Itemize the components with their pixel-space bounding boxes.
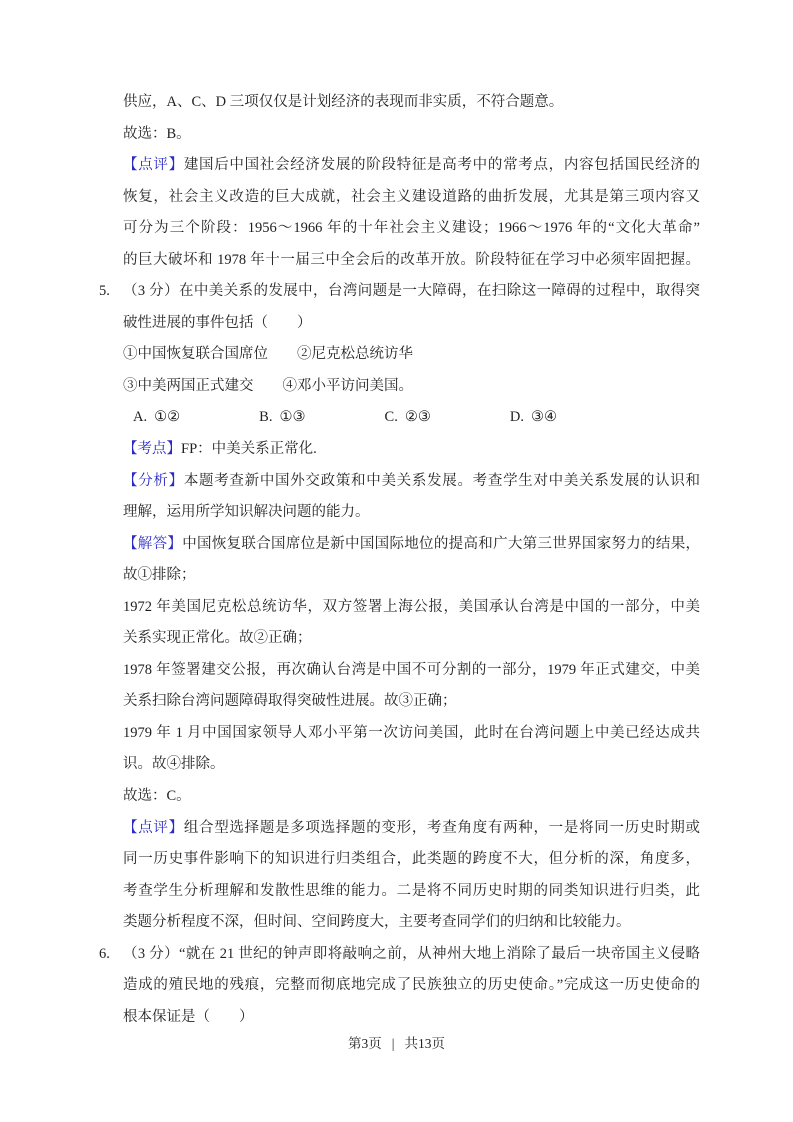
kaodian-tag: 【考点】 [123,441,181,457]
option-value: ①③ [279,409,305,425]
dianping-tag: 【点评】 [123,820,184,836]
q5-choice-line: 故选：C。 [99,781,700,813]
option-value: ①② [154,409,180,425]
question-number: 5. [99,276,123,308]
q4-answer-tail-line: 供应，A、C、D 三项仅仅是计划经济的表现而非实质，不符合题意。 [99,87,700,119]
kaodian-text: FP：中美关系正常化. [181,441,317,457]
question-5-items-line: ①中国恢复联合国席位 ②尼克松总统访华 [99,339,700,371]
q4-comment-line: 的巨大破坏和 1978 年十一届三中全会后的改革开放。阶段特征在学习中必须牢固把… [99,245,700,277]
option-value: ③④ [531,409,557,425]
option-label: D. [510,409,524,425]
footer-total-pages: 共13页 [404,1036,445,1051]
q4-comment-line: 恢复，社会主义改造的巨大成就，社会主义建设道路的曲折发展，尤其是第三项内容又 [99,182,700,214]
jieda-text: 中国恢复联合国席位是新中国国际地位的提高和广大第三世界国家努力的结果， [182,536,700,552]
q5-dianping-line: 同一历史事件影响下的知识进行归类组合，此类题的跨度不大，但分析的深，角度多， [99,844,700,876]
question-6-stem-line: 造成的殖民地的残痕，完整而彻底地完成了民族独立的历史使命。”完成这一历史使命的 [99,970,700,1002]
q5-fenxi-line: 理解，运用所学知识解决问题的能力。 [99,497,700,529]
question-6-stem-line: 根本保证是（ ） [99,1002,700,1034]
q4-comment-line: 可分为三个阶段：1956～1966 年的十年社会主义建设；1966～1976 年… [99,213,700,245]
question-text: （3 分）在中美关系的发展中，台湾问题是一大障碍，在扫除这一障碍的过程中，取得突 [123,276,700,308]
q5-dianping-line: 考查学生分析理解和发散性思维的能力。二是将不同历史时期的同类知识进行归类，此 [99,876,700,908]
dianping-text: 组合型选择题是多项选择题的变形，考查角度有两种，一是将同一历史时期或 [184,820,700,836]
q5-dianping-line: 类题分析程度不深，但时间、空间跨度大，主要考查同学们的归纳和比较能力。 [99,907,700,939]
q5-dianping-line: 【点评】组合型选择题是多项选择题的变形，考查角度有两种，一是将同一历史时期或 [99,813,700,845]
option-d: D.③④ [510,402,557,434]
question-5-stem: 5. （3 分）在中美关系的发展中，台湾问题是一大障碍，在扫除这一障碍的过程中，… [99,276,700,308]
comment-text: 建国后中国社会经济发展的阶段特征是高考中的常考点，内容包括国民经济的 [184,157,700,173]
fenxi-text: 本题考查新中国外交政策和中美关系发展。考查学生对中美关系发展的认识和 [184,473,700,489]
q5-jieda-line: 【解答】中国恢复联合国席位是新中国国际地位的提高和广大第三世界国家努力的结果， [99,529,700,561]
q5-jieda-line: 关系扫除台湾问题障碍取得突破性进展。故③正确； [99,686,700,718]
question-5-items-line: ③中美两国正式建交 ④邓小平访问美国。 [99,371,700,403]
fenxi-tag: 【分析】 [123,473,184,489]
q5-jieda-line: 1978 年签署建交公报，再次确认台湾是中国不可分割的一部分，1979 年正式建… [99,655,700,687]
page-content: 供应，A、C、D 三项仅仅是计划经济的表现而非实质，不符合题意。 故选：B。 【… [99,87,700,1033]
question-5-stem-line: 破性进展的事件包括（ ） [99,308,700,340]
option-label: C. [385,409,398,425]
q5-jieda-line: 1972 年美国尼克松总统访华，双方签署上海公报，美国承认台湾是中国的一部分，中… [99,592,700,624]
option-b: B.①③ [259,402,305,434]
q5-jieda-line: 故①排除； [99,560,700,592]
q5-jieda-line: 关系实现正常化。故②正确； [99,623,700,655]
page-footer: 第3页|共13页 [0,1032,793,1052]
question-number: 6. [99,939,123,971]
footer-page-number: 第3页 [348,1036,382,1051]
q4-comment-line: 【点评】建国后中国社会经济发展的阶段特征是高考中的常考点，内容包括国民经济的 [99,150,700,182]
q5-fenxi-line: 【分析】本题考查新中国外交政策和中美关系发展。考查学生对中美关系发展的认识和 [99,466,700,498]
q5-jieda-line: 1979 年 1 月中国国家领导人邓小平第一次访问美国，此时在台湾问题上中美已经… [99,718,700,750]
q5-jieda-line: 识。故④排除。 [99,749,700,781]
question-5-options-row: A.①② B.①③ C.②③ D.③④ [133,402,557,434]
jieda-tag: 【解答】 [123,536,182,552]
option-label: A. [133,409,147,425]
exam-document-page: 供应，A、C、D 三项仅仅是计划经济的表现而非实质，不符合题意。 故选：B。 【… [0,0,793,1122]
comment-tag: 【点评】 [123,157,184,173]
footer-separator: | [392,1036,395,1051]
option-value: ②③ [405,409,431,425]
question-text: （3 分）“就在 21 世纪的钟声即将敲响之前，从神州大地上消除了最后一块帝国主… [123,939,700,971]
question-6-stem: 6. （3 分）“就在 21 世纪的钟声即将敲响之前，从神州大地上消除了最后一块… [99,939,700,971]
option-label: B. [259,409,272,425]
option-c: C.②③ [385,402,431,434]
q4-choice-line: 故选：B。 [99,119,700,151]
option-a: A.①② [133,402,180,434]
q5-kaodian-line: 【考点】FP：中美关系正常化. [99,434,700,466]
